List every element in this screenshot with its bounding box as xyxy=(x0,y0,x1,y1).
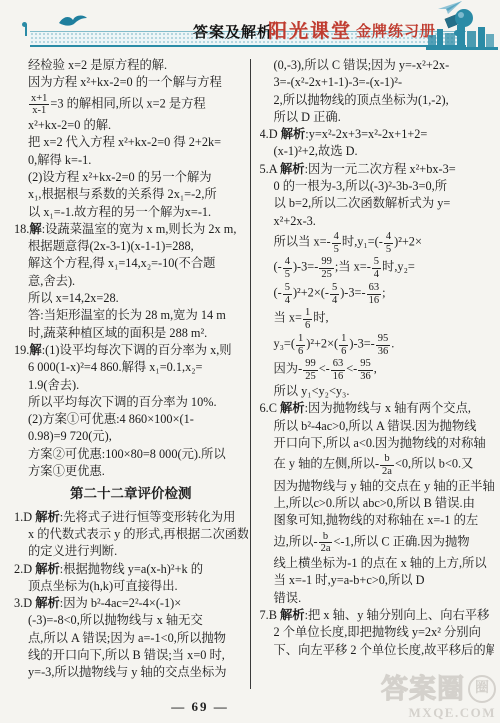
text-line: 方案②可优惠:100×80=8 000(元).所以 xyxy=(14,446,248,463)
text-line: (-54)²+2×(-54)-3=-6316; xyxy=(260,281,495,307)
text-line: 以 b=2,所以二次函数解析式为 y= xyxy=(260,195,495,212)
text-line: 时,蔬菜种植区域的面积是 288 m². xyxy=(14,325,248,342)
watermark-logo-row: 答案圈 圈 xyxy=(381,675,496,703)
text-line: 以 x₁=-1.故方程的另一个解为x=-1. xyxy=(14,204,248,221)
fraction: 9536 xyxy=(376,333,391,358)
text-line: (-45)-3=-9925;当 x=-54时,y₂= xyxy=(260,255,495,281)
fraction: 45 xyxy=(283,256,292,281)
text-line: 根据题意得(2x-3-1)(x-1-1)=288, xyxy=(14,238,248,255)
text-line: 所以 x=14,2x=28. xyxy=(14,290,248,307)
fraction: 6316 xyxy=(367,282,382,307)
watermark-site: MXQE.COM xyxy=(381,706,496,719)
text-line: 意,舍去). xyxy=(14,273,248,290)
fraction: 16 xyxy=(339,333,348,358)
text-line: 3=-(x²-2x+1-1)-3=-(x-1)²- xyxy=(260,74,495,91)
left-column: 经检验 x=2 是原方程的解.因为方程 x²+kx-2=0 的一个解与方程x+1… xyxy=(14,57,248,693)
fraction: x+1x-1 xyxy=(29,93,49,118)
fraction: 6316 xyxy=(331,358,346,383)
fraction: 16 xyxy=(296,333,305,358)
text-line: 当 x=16时, xyxy=(260,306,495,332)
section-label: 答案及解析 xyxy=(193,21,273,42)
bird-icon xyxy=(58,11,88,34)
fraction: 9536 xyxy=(358,358,373,383)
text-line: 方案①更优惠. xyxy=(14,463,248,480)
text-line: 6 000(1-x)²=4 860.解得 x₁=0.1,x₂= xyxy=(14,359,248,376)
text-line: 上,所以c>0.所以 abc>0,所以 B 错误.由 xyxy=(260,495,495,512)
text-line: 开口向下,所以 a<0.因为抛物线的对称轴 xyxy=(260,435,495,452)
text-line: 2,所以抛物线的顶点坐标为(1,-2), xyxy=(260,92,495,109)
text-line: 边,所以-b2a<-1,所以 C 正确.因为抛物 xyxy=(260,530,495,556)
text-line: 3.D 解析:因为 b²-4ac=2²-4×(-1)× xyxy=(14,595,248,612)
text-line: 因为抛物线与 y 轴的交点在 y 轴的正半轴 xyxy=(260,478,495,495)
text-line: 0 的一根为-3,所以(-3)²-3b-3=0,所 xyxy=(260,178,495,195)
text-line: x₁,根据根与系数的关系得 2x₁=-2,所 xyxy=(14,186,248,203)
column-divider xyxy=(250,59,251,689)
text-line: 18.解:设蔬菜温室的宽为 x m,则长为 2x m, xyxy=(14,221,248,238)
fraction: 9925 xyxy=(303,358,318,383)
fraction: 54 xyxy=(283,282,292,307)
text-line: (-3)=-8<0,所以抛物线与 x 轴无交 xyxy=(14,612,248,629)
text-line: x+1x-1=3 的解相同,所以 x=2 是方程 xyxy=(14,92,248,118)
text-line: 错误. xyxy=(260,590,495,607)
text-line: 图象可知,抛物线的对称轴在 x=-1 的左 xyxy=(260,512,495,529)
text-line: (x-1)²+2,故选 D. xyxy=(260,143,495,160)
brand-subtitle: 金牌练习册 xyxy=(356,20,436,41)
page-header: 答案及解析 阳光课堂 金牌练习册 xyxy=(0,0,500,56)
text-line: y₃=(16)²+2×(16)-3=-9536. xyxy=(260,332,495,358)
text-line: 因为-9925<-6316<-9536, xyxy=(260,357,495,383)
text-line: 所以平均每次下调的百分率为 10%. xyxy=(14,394,248,411)
text-line: 所以 y₁<y₂<y₃. xyxy=(260,383,495,400)
fraction: b2a xyxy=(319,531,333,556)
text-line: 1.9(舍去). xyxy=(14,377,248,394)
page-number: — 69 — xyxy=(120,699,280,715)
text-line: 所以当 x=-45时,y₁=(-45)²+2× xyxy=(260,230,495,256)
text-line: 经检验 x=2 是原方程的解. xyxy=(14,57,248,74)
site-watermark: 答案圈 圈 MXQE.COM xyxy=(381,675,496,719)
text-line: (2)方案①可优惠:4 860×100×(1- xyxy=(14,411,248,428)
text-line: y=-3,所以抛物线与 y 轴的交点坐标为 xyxy=(14,664,248,681)
fraction: 45 xyxy=(332,231,341,256)
answer-book-page: 答案及解析 阳光课堂 金牌练习册 经检验 x=2 是原 xyxy=(0,0,500,723)
text-line: 所以 D 正确. xyxy=(260,109,495,126)
text-line: (0,-3),所以 C 错误;因为 y=-x²+2x- xyxy=(260,57,495,74)
text-line: 1.D 解析:先将式子进行恒等变形转化为用 xyxy=(14,509,248,526)
text-line: 0.98)=9 720(元), xyxy=(14,428,248,445)
text-line: 2.D 解析:根据抛物线 y=a(x-h)²+k 的 xyxy=(14,561,248,578)
text-line: 6.C 解析:因为抛物线与 x 轴有两个交点, xyxy=(260,400,495,417)
text-line: 当 x=-1 时,y=a-b+c>0,所以 D xyxy=(260,572,495,589)
text-line: 线的开口向下,所以 B 错误;当 x=0 时, xyxy=(14,647,248,664)
text-line: 答:当矩形温室的长为 28 m,宽为 14 m xyxy=(14,307,248,324)
two-column-text: 经检验 x=2 是原方程的解.因为方程 x²+kx-2=0 的一个解与方程x+1… xyxy=(14,57,494,693)
fraction: 16 xyxy=(303,307,312,332)
text-line: 2 个单位长度,即把抛物线 y=2x² 分别向 xyxy=(260,624,495,641)
section-heading: 第二十二章评价检测 xyxy=(14,485,248,502)
text-line: 的定义进行判断. xyxy=(14,543,248,560)
text-line: 所以 b²-4ac>0,所以 A 错误.因为抛物线 xyxy=(260,418,495,435)
text-line: 在 y 轴的左侧,所以-b2a<0,所以 b<0.又 xyxy=(260,452,495,478)
text-line: 0,解得 k=-1. xyxy=(14,152,248,169)
text-line: 4.D 解析:y=x²-2x+3=x²-2x+1+2= xyxy=(260,126,495,143)
text-line: x²+2x-3. xyxy=(260,213,495,230)
text-line: 5.A 解析:因为一元二次方程 x²+bx-3= xyxy=(260,161,495,178)
text-line: 顶点坐标为(h,k)可直接得出. xyxy=(14,578,248,595)
text-line: 把 x=2 代入方程 x²+kx-2=0 得 2+2k= xyxy=(14,134,248,151)
fraction: 9925 xyxy=(319,256,334,281)
text-line: x²+kx-2=0 的解. xyxy=(14,117,248,134)
band-right-dot xyxy=(454,30,460,36)
text-line: 7.B 解析:把 x 轴、y 轴分别向上、向右平移 xyxy=(260,607,495,624)
text-line: 因为方程 x²+kx-2=0 的一个解与方程 xyxy=(14,74,248,91)
text-line: (2)设方程 x²+kx-2=0 的另一个解为 xyxy=(14,169,248,186)
text-line: 下、向左平移 2 个单位长度,故平移后的解 xyxy=(260,642,495,659)
brand-title: 阳光课堂 xyxy=(268,16,352,43)
text-line: 19.解:(1)设平均每次下调的百分率为 x,则 xyxy=(14,342,248,359)
text-line: 解这个方程,得 x₁=14,x₂=-10(不合题 xyxy=(14,255,248,272)
fraction: 45 xyxy=(384,231,393,256)
band-left-hook xyxy=(25,24,27,36)
text-line: x 的代数式表示 y 的形式,再根据二次函数 xyxy=(14,526,248,543)
text-line: 点,所以 A 错误;因为 a=-1<0,所以抛物 xyxy=(14,630,248,647)
fraction: 54 xyxy=(372,256,381,281)
right-column: (0,-3),所以 C 错误;因为 y=-x²+2x-3=-(x²-2x+1-1… xyxy=(260,57,495,693)
text-line: 线上横坐标为-1 的点在 x 轴的上方,所以 xyxy=(260,555,495,572)
watermark-name: 答案圈 xyxy=(381,676,465,703)
telescope-city-icon xyxy=(426,6,498,57)
fraction: 54 xyxy=(330,282,339,307)
fraction: b2a xyxy=(380,453,394,478)
watermark-badge-icon: 圈 xyxy=(468,675,496,703)
